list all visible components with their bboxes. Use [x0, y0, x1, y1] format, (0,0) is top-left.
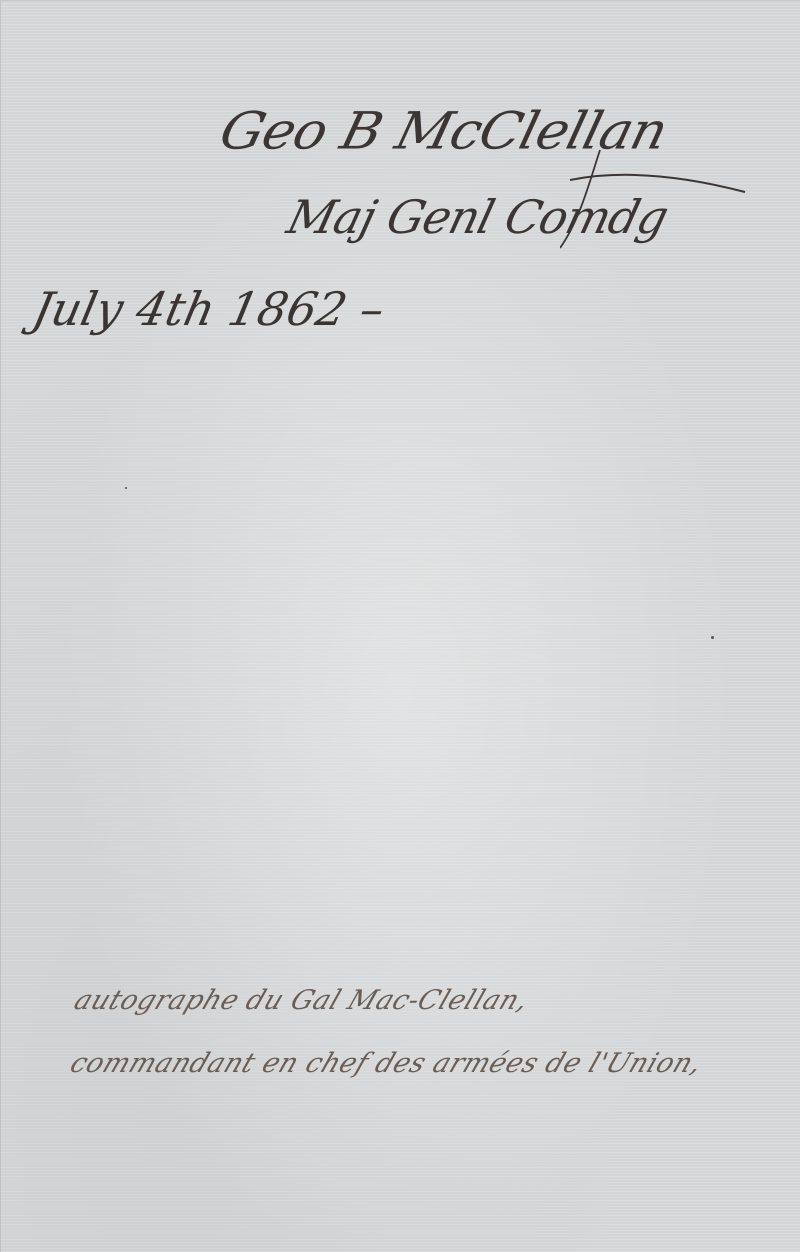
signature-title: Maj Genl Comdg: [282, 190, 673, 244]
paper-speck: [711, 636, 714, 639]
signature-name: Geo B McClellan: [214, 101, 673, 161]
date-line: July 4th 1862 –: [28, 282, 390, 336]
manuscript-page: Geo B McClellan Maj Genl Comdg July 4th …: [0, 0, 800, 1252]
annotation-line-1: autographe du Gal Mac-Clellan,: [70, 985, 533, 1016]
annotation-line-2: commandant en chef des armées de l'Union…: [66, 1048, 707, 1079]
paper-speck: [125, 487, 127, 489]
